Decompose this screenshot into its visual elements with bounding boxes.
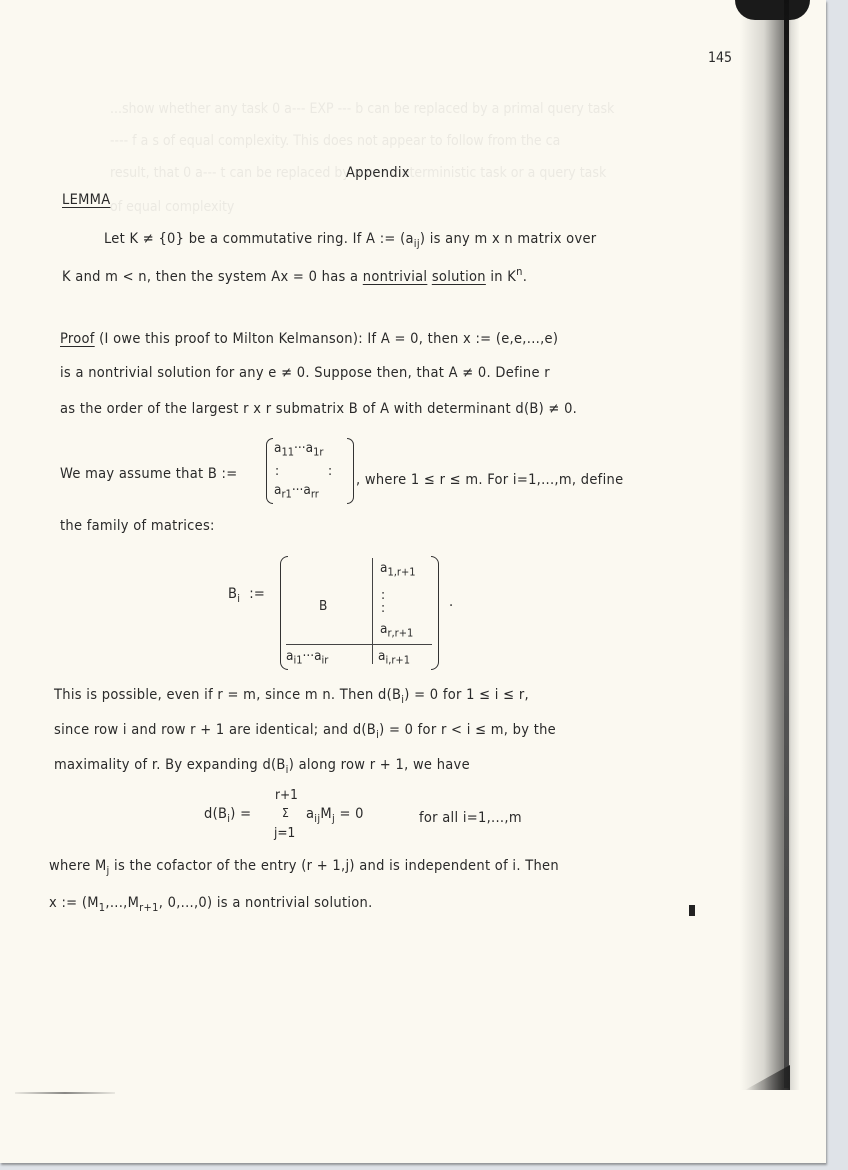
col-top-entry: a1,r+1 [380,560,416,579]
lemma-line-2: K and m < n, then the system Ax = 0 has … [62,265,527,285]
scanned-page: ...show whether any task 0 a--- EXP --- … [0,0,826,1163]
underlined-nontrivial: nontrivial [363,269,428,285]
block-b: B [319,598,327,614]
corner-entry: ai,r+1 [378,648,410,667]
proof-line-7: since row i and row r + 1 are identical;… [54,722,556,741]
matrix-b-bottom-row: ar1···arr [274,482,319,501]
proof-line-9: where Mj is the cofactor of the entry (r… [49,858,559,877]
bleed-through-line: ---- f a s of equal complexity. This doe… [110,133,560,149]
proof-line-10: x := (M1,...,Mr+1, 0,...,0) is a nontriv… [49,895,373,914]
binding-line [784,0,789,1088]
left-paren [266,438,273,504]
row-entries: ai1···air [286,648,328,667]
proof-label: Proof [60,331,95,347]
bi-label: Bi := [228,586,265,605]
bleed-through-line: ...show whether any task 0 a--- EXP --- … [110,101,614,117]
bi-period: . [449,594,453,610]
proof-line-5: the family of matrices: [60,518,215,534]
binding-shadow [740,0,800,1090]
col-bottom-entry: ar,r+1 [380,621,413,640]
proof-line-6: This is possible, even if r = m, since m… [54,687,529,706]
row-divider [286,644,432,645]
equation-lhs: d(Bi) = [204,806,251,825]
proof-line-4-start: We may assume that B := [60,466,237,482]
sum-upper-limit: r+1 [275,787,298,803]
page-edge-mark [15,1092,115,1094]
section-heading: Appendix [346,165,410,181]
underlined-solution: solution [432,269,486,285]
sum-symbol: Σ [282,806,289,820]
lemma-title: LEMMA [62,192,110,208]
proof-line-8: maximality of r. By expanding d(Bi) alon… [54,757,470,776]
vdots: : [275,463,279,479]
qed-box-icon [689,905,695,916]
sum-lower-limit: j=1 [274,825,295,841]
proof-line-3: as the order of the largest r x r submat… [60,401,577,417]
proof-line-1: Proof (I owe this proof to Milton Kelman… [60,331,558,347]
vdots: : [381,600,385,616]
binding-top [735,0,810,20]
right-paren [431,556,439,670]
bleed-through-line: of equal complexity [110,199,234,215]
right-paren [347,438,354,504]
vdots: : [328,463,332,479]
proof-line-4-end: , where 1 ≤ r ≤ m. For i=1,...,m, define [356,472,623,488]
lemma-line-1: Let K ≠ {0} be a commutative ring. If A … [104,231,596,250]
column-divider [372,558,373,664]
proof-line-2: is a nontrivial solution for any e ≠ 0. … [60,365,550,381]
page-number: 145 [708,50,732,66]
equation-condition: for all i=1,...,m [419,810,522,826]
equation-rhs: aijMj = 0 [306,806,364,825]
matrix-b-top-row: a11···a1r [274,440,323,459]
